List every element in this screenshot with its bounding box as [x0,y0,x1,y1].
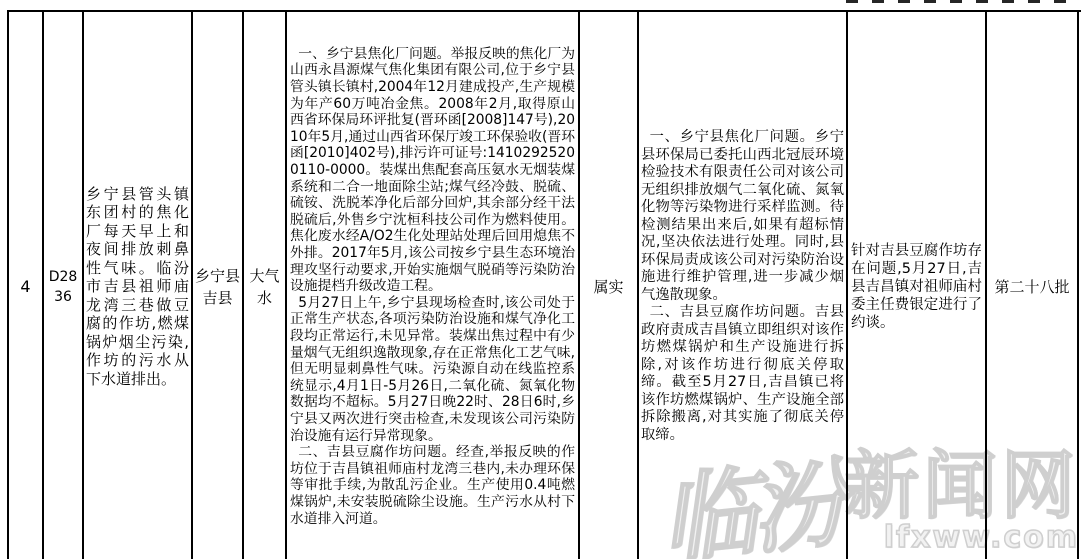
sequence-number: 4 [20,277,30,296]
investigation-paragraph-3: 二、吉县豆腐作坊问题。经查,举报反映的作坊位于吉昌镇祖师庙村龙湾三巷内,未办理环… [290,444,575,527]
pollution-type-line-2: 水 [257,287,272,309]
cell-case-code: D2836 [44,12,84,559]
cell-accountability: 针对吉县豆腐作坊存在问题,5月27日,吉县吉昌镇对祖师庙村委主任费银定进行了约谈… [848,12,987,559]
cell-pollution-type: 大气 水 [244,12,287,559]
complaint-text: 乡宁县管头镇东团村的焦化厂每天早上和夜间排放刺鼻性气味。临汾市吉县祖师庙龙湾三巷… [86,185,189,389]
cropped-row-remnant [846,0,1079,3]
cell-verification-result: 属实 [580,12,639,559]
cell-investigation: 一、乡宁县焦化厂问题。举报反映的焦化厂为山西永昌源煤气焦化集团有限公司,位于乡宁… [287,12,580,559]
pollution-type-line-1: 大气 [249,265,279,287]
accountability-text: 针对吉县豆腐作坊存在问题,5月27日,吉县吉昌镇对祖师庙村委主任费银定进行了约谈… [851,242,982,332]
cell-handling: 一、乡宁县焦化厂问题。乡宁县环保局已委托山西北冠辰环境检验技术有限责任公司对该公… [639,12,848,559]
investigation-paragraph-2: 5月27日上午,乡宁县现场检查时,该公司处于正常生产状态,各项污染防治设施和煤气… [290,295,575,444]
handling-paragraph-2: 二、吉县豆腐作坊问题。吉县政府责成吉昌镇立即组织对该作坊燃煤锅炉和生产设施进行拆… [641,304,844,444]
cell-region: 乡宁县 吉县 [193,12,244,559]
inspection-table: 4 D2836 乡宁县管头镇东团村的焦化厂每天早上和夜间排放刺鼻性气味。临汾市吉… [7,10,1081,559]
case-code: D2836 [46,267,80,307]
document-page: 临汾 新闻网 lfxww.com 4 D2836 乡宁县管头镇东团村的焦化厂每天… [0,0,1081,559]
batch-number: 第二十八批 [994,276,1069,297]
investigation-paragraph-1: 一、乡宁县焦化厂问题。举报反映的焦化厂为山西永昌源煤气焦化集团有限公司,位于乡宁… [290,46,575,295]
verification-result: 属实 [593,276,623,297]
cell-batch-number: 第二十八批 [987,12,1079,559]
handling-paragraph-1: 一、乡宁县焦化厂问题。乡宁县环保局已委托山西北冠辰环境检验技术有限责任公司对该公… [641,129,844,304]
region-line-2: 吉县 [202,287,232,309]
cell-sequence-number: 4 [9,12,44,559]
region-line-1: 乡宁县 [195,265,240,287]
cell-complaint: 乡宁县管头镇东团村的焦化厂每天早上和夜间排放刺鼻性气味。临汾市吉县祖师庙龙湾三巷… [84,12,193,559]
